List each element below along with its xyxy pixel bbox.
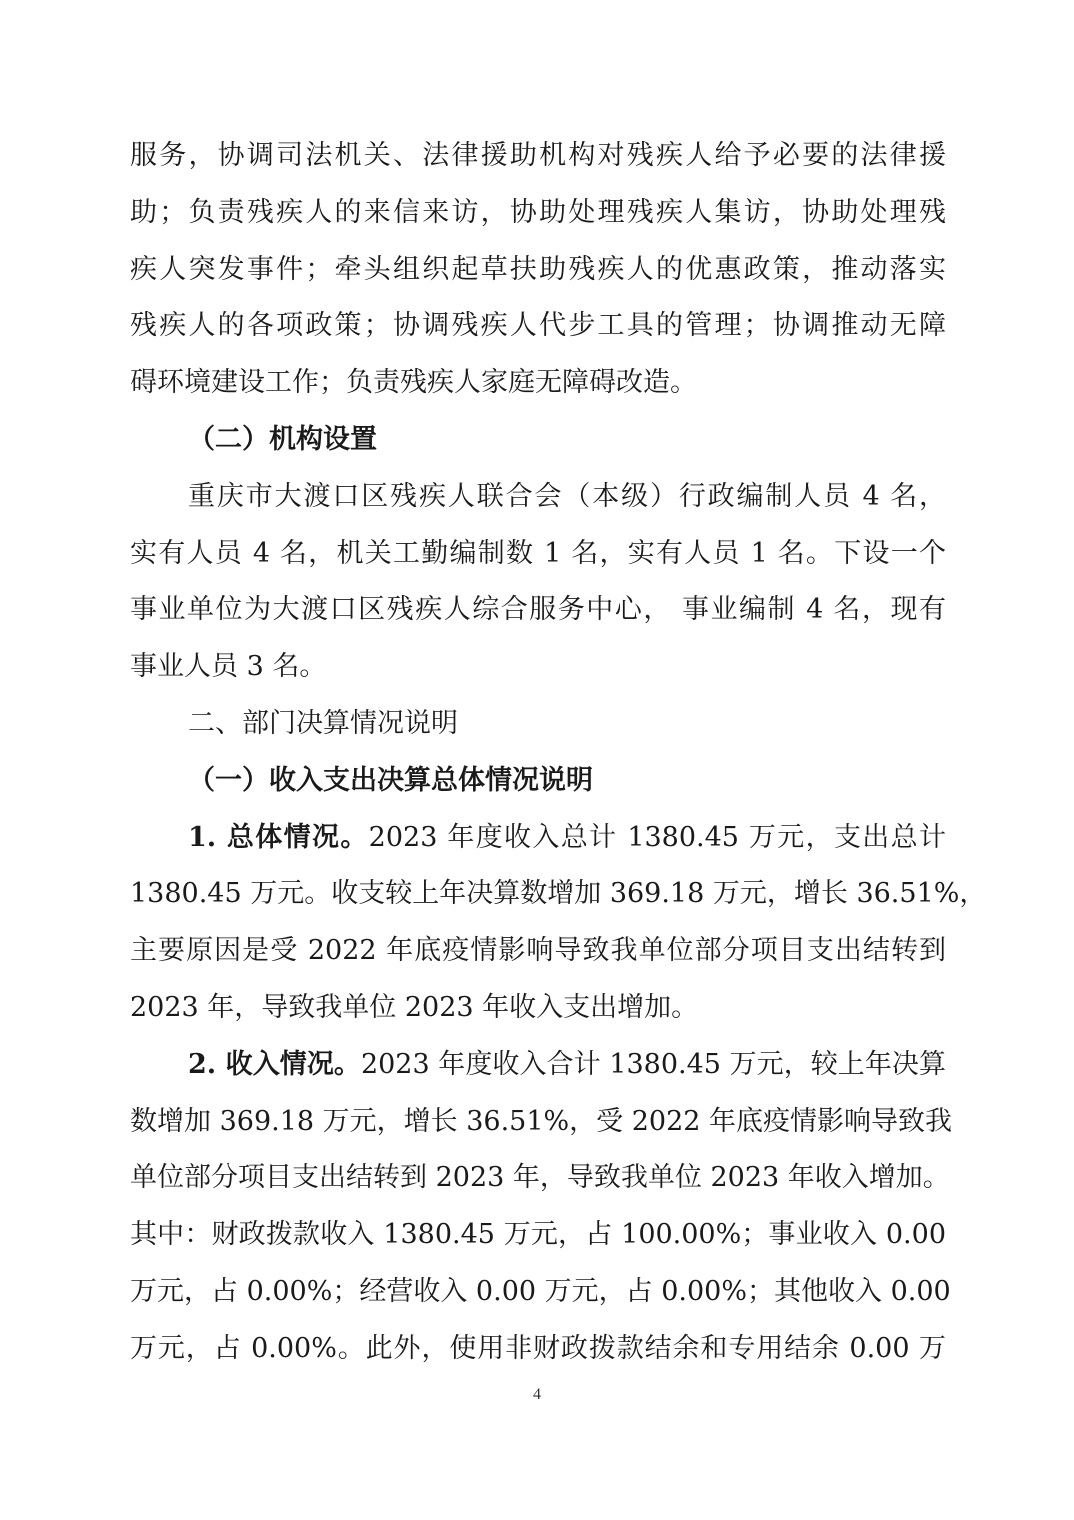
section-heading-two: 二、部门决算情况说明 [130, 696, 946, 753]
paragraph-line: 实有人员 4 名，机关工勤编制数 1 名，实有人员 1 名。下设一个 [130, 526, 946, 583]
paragraph-line: 事业人员 3 名。 [130, 639, 946, 696]
document-page: 服务，协调司法机关、法律援助机构对残疾人给予必要的法律援 助；负责残疾人的来信来… [0, 0, 1074, 1520]
paragraph-line: 1380.45 万元。收支较上年决算数增加 369.18 万元，增长 36.51… [130, 866, 946, 923]
body-text: 服务，协调司法机关、法律援助机构对残疾人给予必要的法律援 助；负责残疾人的来信来… [130, 128, 946, 1378]
section-heading-org: （二）机构设置 [130, 412, 946, 469]
item1-text: 2023 年度收入总计 1380.45 万元，支出总计 [369, 822, 946, 853]
paragraph-line: 2023 年，导致我单位 2023 年收入支出增加。 [130, 980, 946, 1037]
paragraph-line: 事业单位为大渡口区残疾人综合服务中心， 事业编制 4 名，现有 [130, 582, 946, 639]
item1-lead: 1. 总体情况。 [188, 822, 369, 853]
paragraph-line: 其中：财政拨款收入 1380.45 万元，占 100.00%；事业收入 0.00 [130, 1207, 946, 1264]
item1-first-line: 1. 总体情况。2023 年度收入总计 1380.45 万元，支出总计 [130, 810, 946, 867]
paragraph-line: 助；负责残疾人的来信来访，协助处理残疾人集访，协助处理残 [130, 185, 946, 242]
paragraph-line: 单位部分项目支出结转到 2023 年，导致我单位 2023 年收入增加。 [130, 1150, 946, 1207]
item2-first-line: 2. 收入情况。2023 年度收入合计 1380.45 万元，较上年决算 [130, 1037, 946, 1094]
paragraph-line: 疾人突发事件；牵头组织起草扶助残疾人的优惠政策，推动落实 [130, 242, 946, 299]
paragraph-line: 万元，占 0.00%；经营收入 0.00 万元，占 0.00%；其他收入 0.0… [130, 1264, 946, 1321]
item2-text: 2023 年度收入合计 1380.45 万元，较上年决算 [361, 1049, 946, 1080]
paragraph-line: 重庆市大渡口区残疾人联合会（本级）行政编制人员 4 名， [130, 469, 946, 526]
paragraph-line: 服务，协调司法机关、法律援助机构对残疾人给予必要的法律援 [130, 128, 946, 185]
paragraph-line: 万元，占 0.00%。此外，使用非财政拨款结余和专用结余 0.00 万 [130, 1321, 946, 1378]
paragraph-line: 残疾人的各项政策；协调残疾人代步工具的管理；协调推动无障 [130, 298, 946, 355]
paragraph-line: 数增加 369.18 万元，增长 36.51%，受 2022 年底疫情影响导致我 [130, 1094, 946, 1151]
paragraph-line: 碍环境建设工作；负责残疾人家庭无障碍改造。 [130, 355, 946, 412]
paragraph-line: 主要原因是受 2022 年底疫情影响导致我单位部分项目支出结转到 [130, 923, 946, 980]
item2-lead: 2. 收入情况。 [188, 1049, 361, 1080]
sub-heading-overall: （一）收入支出决算总体情况说明 [130, 753, 946, 810]
page-number: 4 [0, 1386, 1074, 1404]
